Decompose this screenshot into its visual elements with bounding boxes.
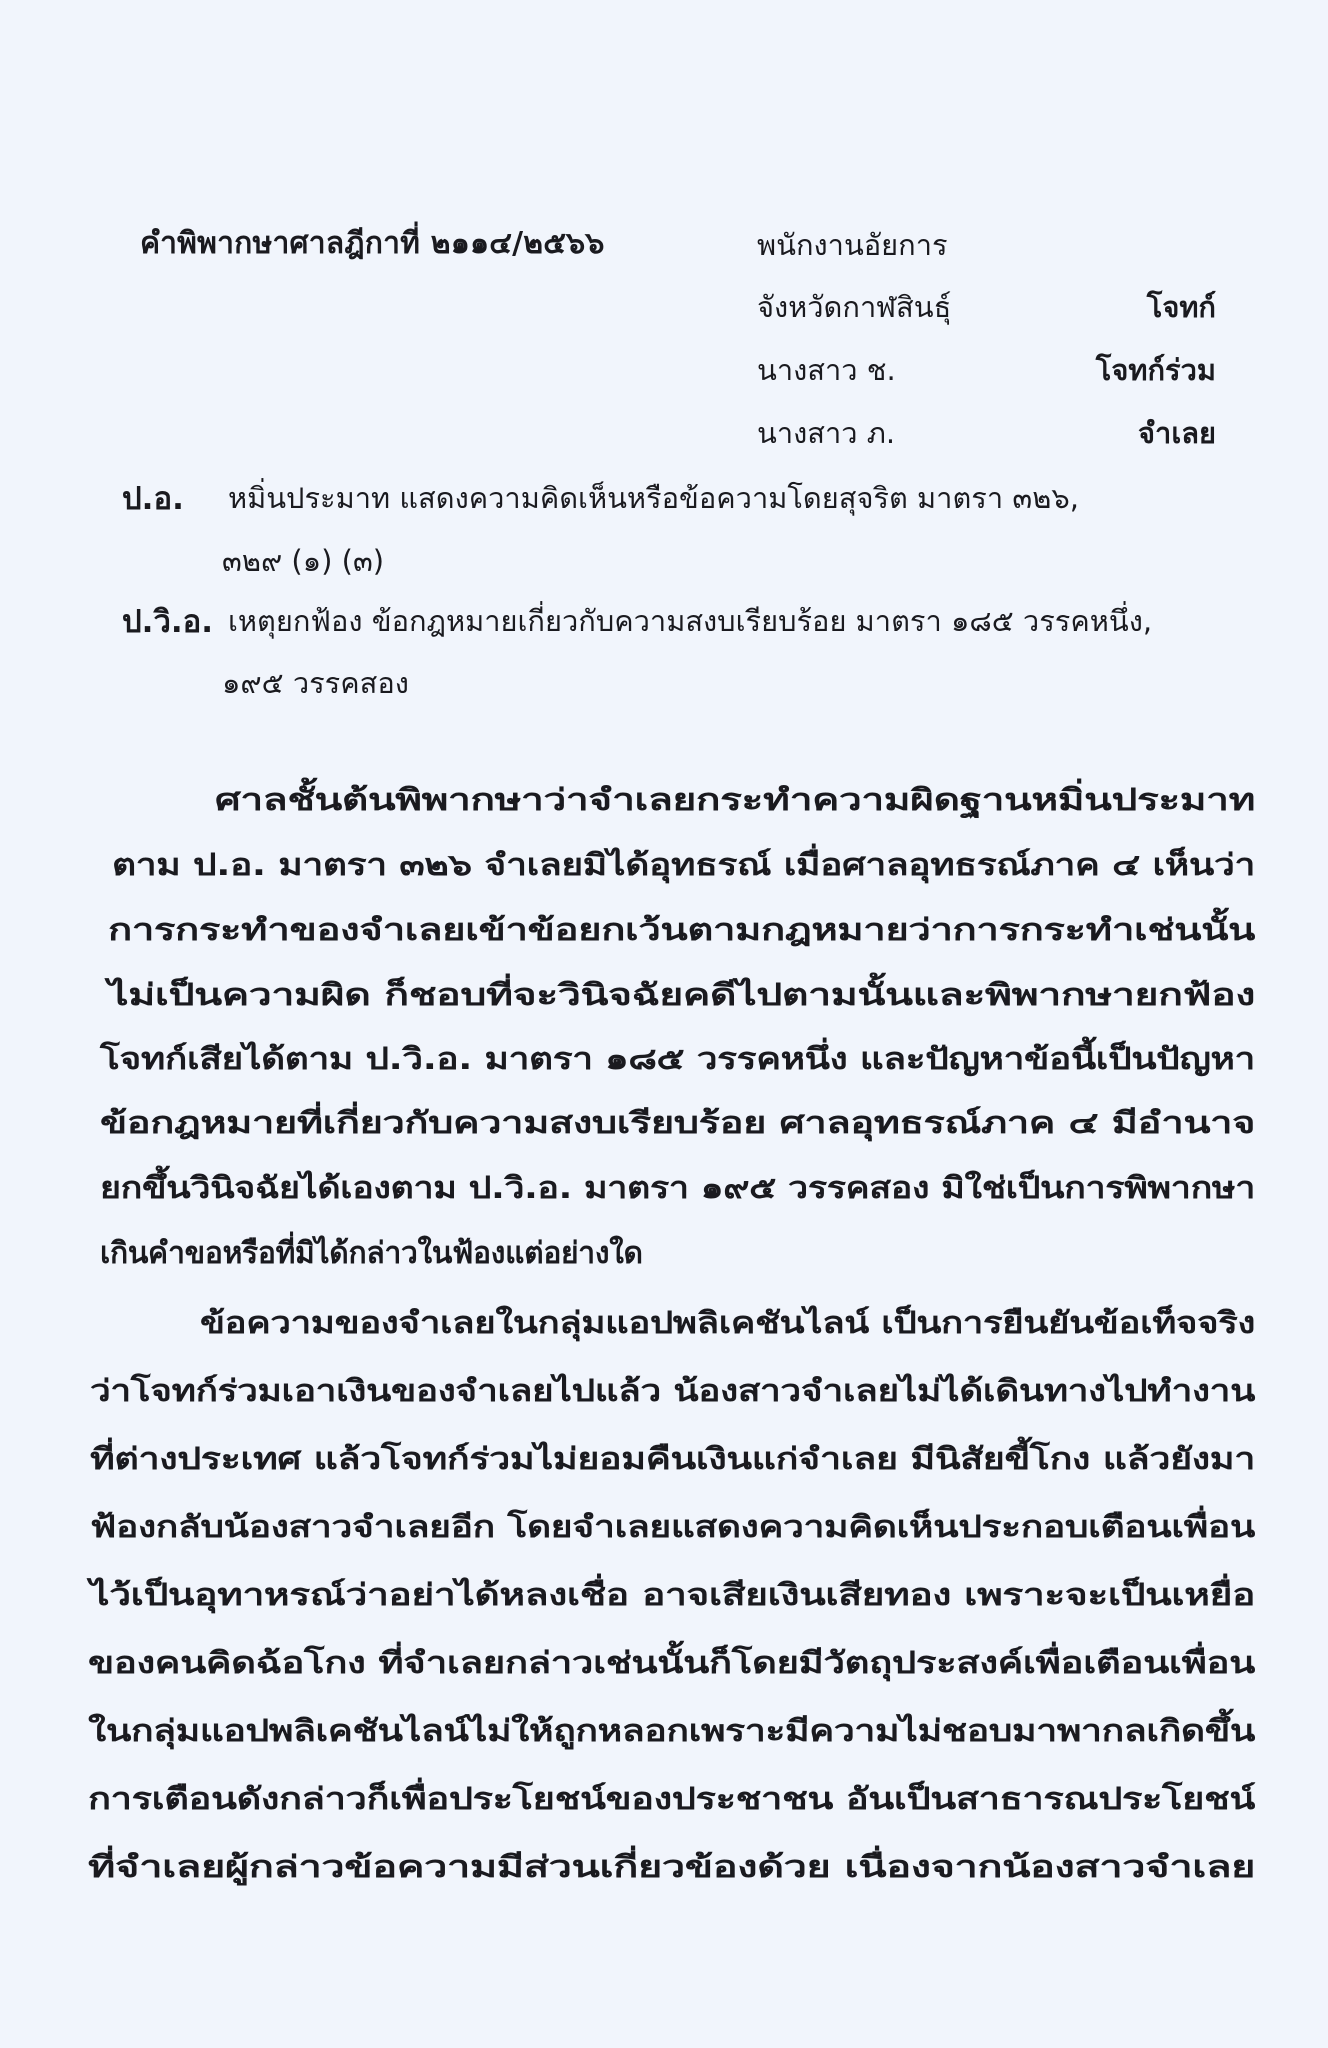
body-line: ไม่เป็นความผิด ก็ชอบที่จะวินิจฉัยคดีไปตา… [108, 972, 1255, 1019]
body-line: ตาม ป.อ. มาตรา ๓๒๖ จำเลยมิได้อุทธรณ์ เมื… [112, 842, 1255, 889]
body-line: ของคนคิดฉ้อโกง ที่จำเลยกล่าวเช่นนั้นก็โด… [88, 1640, 1255, 1687]
body-line: โจทก์เสียได้ตาม ป.วิ.อ. มาตรา ๑๘๕ วรรคหน… [100, 1036, 1255, 1083]
code-label-criminal: ป.อ. [122, 473, 184, 523]
code-line: หมิ่นประมาท แสดงความคิดเห็นหรือข้อความโด… [228, 475, 1079, 521]
code-label-criminal-procedure: ป.วิ.อ. [122, 596, 213, 646]
body-line: การกระทำของจำเลยเข้าข้อยกเว้นตามกฎหมายว่… [108, 907, 1255, 954]
party-role: จำเลย [1138, 410, 1216, 456]
body-line: ที่ต่างประเทศ แล้วโจทก์ร่วมไม่ยอมคืนเงิน… [90, 1436, 1255, 1483]
body-line: ข้อกฎหมายที่เกี่ยวกับความสงบเรียบร้อย ศา… [100, 1100, 1255, 1147]
code-line: ๑๙๕ วรรคสอง [222, 660, 409, 706]
body-line: ยกขึ้นวินิจฉัยได้เองตาม ป.วิ.อ. มาตรา ๑๙… [100, 1165, 1255, 1212]
body-line: ที่จำเลยผู้กล่าวข้อความมีส่วนเกี่ยวข้องด… [88, 1844, 1255, 1891]
body-line: ในกลุ่มแอปพลิเคชันไลน์ไม่ให้ถูกหลอกเพราะ… [88, 1708, 1255, 1755]
body-line: ฟ้องกลับน้องสาวจำเลยอีก โดยจำเลยแสดงความ… [90, 1504, 1255, 1551]
body-line: ไว้เป็นอุทาหรณ์ว่าอย่าได้หลงเชื่อ อาจเสี… [90, 1572, 1255, 1619]
party-role: โจทก์ [1147, 284, 1216, 330]
code-line: เหตุยกฟ้อง ข้อกฎหมายเกี่ยวกับความสงบเรีย… [228, 598, 1152, 644]
party-name: นางสาว ภ. [757, 410, 895, 456]
judgment-title: คำพิพากษาศาลฎีกาที่ ๒๑๑๔/๒๕๖๖ [140, 220, 605, 267]
party-name: พนักงานอัยการ [757, 222, 948, 268]
body-line: ข้อความของจำเลยในกลุ่มแอปพลิเคชันไลน์ เป… [200, 1300, 1255, 1347]
body-line: ว่าโจทก์ร่วมเอาเงินของจำเลยไปแล้ว น้องสา… [90, 1368, 1255, 1415]
party-name: นางสาว ช. [757, 347, 896, 393]
code-line: ๓๒๙ (๑) (๓) [222, 538, 384, 584]
party-name: จังหวัดกาฬสินธุ์ [757, 284, 951, 330]
body-line: ศาลชั้นต้นพิพากษาว่าจำเลยกระทำความผิดฐาน… [215, 777, 1255, 824]
party-role: โจทก์ร่วม [1096, 347, 1216, 393]
body-line: เกินคำขอหรือที่มิได้กล่าวในฟ้องแต่อย่างใ… [100, 1230, 643, 1277]
body-line: การเตือนดังกล่าวก็เพื่อประโยชน์ของประชาช… [88, 1776, 1255, 1823]
